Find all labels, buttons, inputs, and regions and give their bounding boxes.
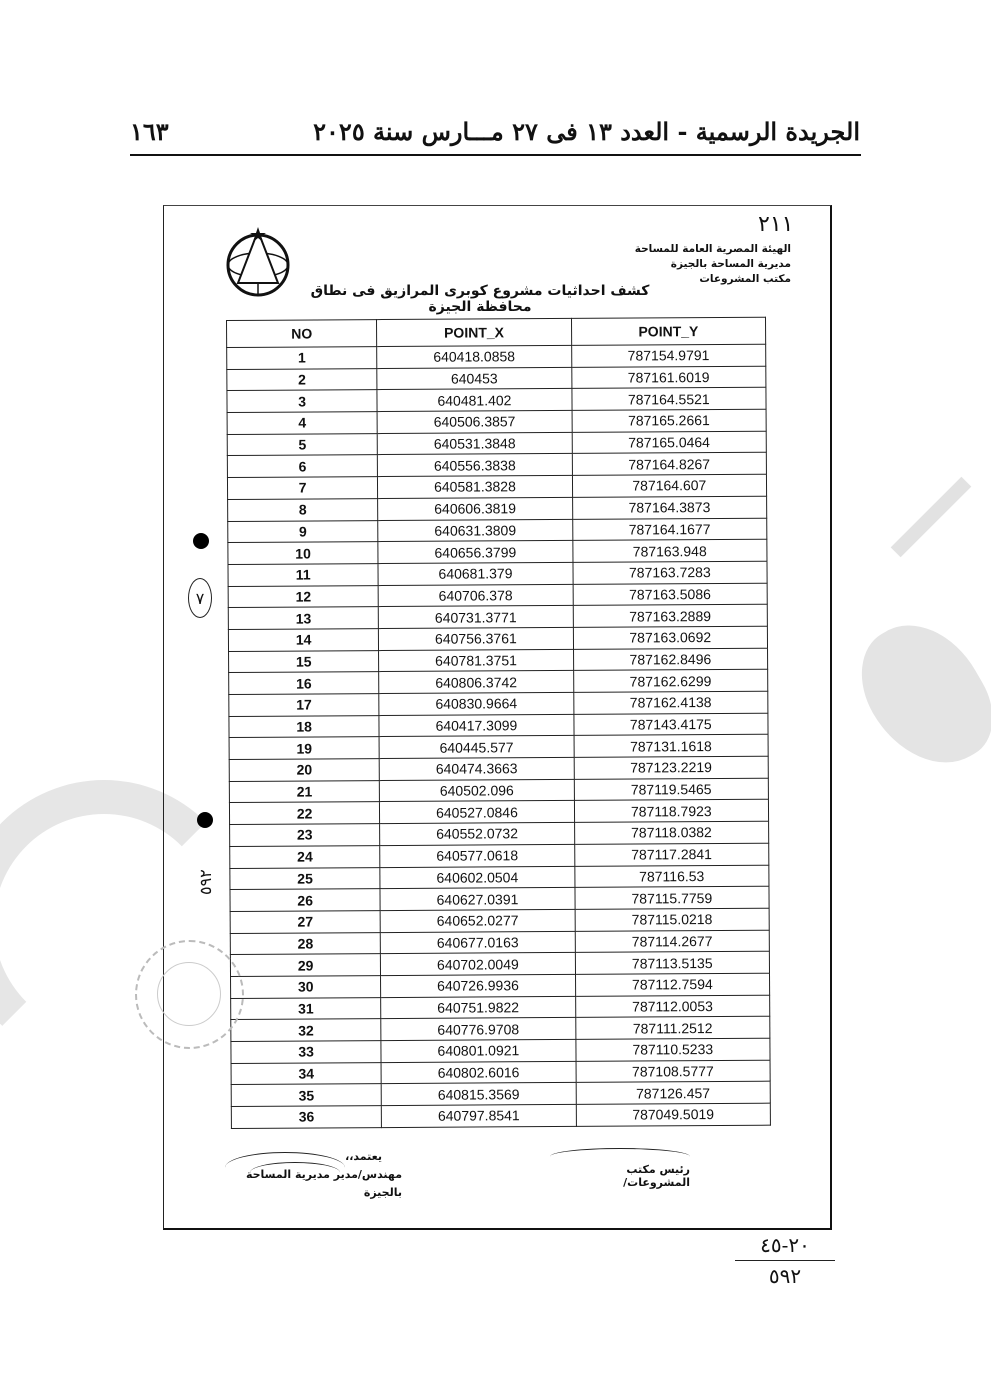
cell-no: 19: [229, 737, 379, 760]
cell-point-y: 787126.457: [576, 1082, 771, 1105]
cell-no: 16: [229, 672, 379, 695]
cell-no: 32: [231, 1019, 381, 1042]
cell-point-y: 787162.4138: [573, 691, 768, 714]
cell-no: 8: [228, 498, 378, 521]
cell-point-x: 640481.402: [377, 389, 571, 412]
cell-point-x: 640606.3819: [378, 497, 572, 520]
handwritten-page-ref: ٢١١: [758, 212, 793, 237]
cell-point-x: 640527.0846: [380, 801, 574, 824]
cell-point-y: 787049.5019: [576, 1103, 771, 1126]
director-title: مهندس/مدير مديرية المساحة بالجيزة: [222, 1166, 402, 1202]
organization-block: الهيئة المصرية العامة للمساحة مديرية الم…: [635, 242, 791, 287]
cell-point-y: 787123.2219: [574, 756, 769, 779]
cell-no: 17: [229, 694, 379, 717]
cell-point-x: 640627.0391: [380, 888, 574, 911]
table-header-row: NO POINT_X POINT_Y: [227, 317, 766, 347]
cell-no: 9: [228, 520, 378, 543]
punch-hole-dot: [193, 533, 209, 549]
right-signature-block: رئيس مكتب المشروعات/: [560, 1145, 690, 1189]
cell-point-x: 640706.378: [378, 584, 572, 607]
cell-point-x: 640474.3663: [379, 757, 573, 780]
cell-point-y: 787164.5521: [572, 388, 767, 411]
cell-point-y: 787110.5233: [576, 1038, 771, 1061]
table-body: 1640418.0858787154.97912640453787161.601…: [227, 344, 771, 1128]
cell-point-x: 640531.3848: [377, 432, 571, 455]
cell-no: 22: [229, 802, 379, 825]
cell-point-y: 787163.948: [572, 539, 767, 562]
header-divider: [130, 154, 861, 156]
cell-no: 18: [229, 715, 379, 738]
cell-no: 25: [230, 867, 380, 890]
cell-point-y: 787117.2841: [574, 843, 769, 866]
cell-no: 23: [230, 824, 380, 847]
cell-no: 34: [231, 1062, 381, 1085]
left-signature-block: يعتمد،، مهندس/مدير مديرية المساحة بالجيز…: [222, 1148, 402, 1202]
cell-point-x: 640751.9822: [381, 996, 575, 1019]
cell-point-y: 787118.0382: [574, 821, 769, 844]
cell-point-x: 640652.0277: [380, 909, 574, 932]
cell-point-y: 787164.8267: [572, 453, 767, 476]
gazette-page-number: ١٦٣: [130, 117, 169, 146]
fraction-line: [735, 1260, 835, 1261]
cell-point-y: 787115.0218: [575, 908, 770, 931]
cell-point-y: 787154.9791: [571, 344, 766, 367]
cell-no: 33: [231, 1041, 381, 1064]
approve-label: يعتمد،،: [222, 1148, 402, 1166]
cell-point-y: 787163.0692: [573, 626, 768, 649]
cell-point-x: 640502.096: [380, 779, 574, 802]
cell-point-y: 787119.5465: [574, 778, 769, 801]
cell-point-x: 640556.3838: [378, 454, 572, 477]
cell-point-y: 787163.2889: [573, 604, 768, 627]
cell-point-x: 640756.3761: [379, 627, 573, 650]
cell-no: 36: [231, 1106, 381, 1129]
cell-point-x: 640806.3742: [379, 671, 573, 694]
cell-point-x: 640776.9708: [381, 1018, 575, 1041]
cell-no: 14: [228, 629, 378, 652]
official-stamp: [135, 940, 244, 1049]
table-row: 36640797.8541787049.5019: [231, 1103, 770, 1128]
cell-point-y: 787118.7923: [574, 800, 769, 823]
cell-point-y: 787163.5086: [573, 583, 768, 606]
cell-point-x: 640631.3809: [378, 519, 572, 542]
header-point-x: POINT_X: [377, 318, 572, 346]
cell-point-y: 787112.0053: [575, 995, 770, 1018]
cell-point-x: 640781.3751: [379, 649, 573, 672]
cell-no: 5: [227, 433, 377, 456]
cell-no: 27: [230, 910, 380, 933]
cell-no: 6: [227, 455, 377, 478]
cell-no: 21: [229, 780, 379, 803]
header-no: NO: [227, 320, 377, 348]
cell-point-x: 640581.3828: [378, 476, 572, 499]
cell-point-y: 787162.8496: [573, 648, 768, 671]
handwritten-reference: ٢٠-٤٥ ٥٩٢: [735, 1232, 835, 1289]
cell-point-y: 787165.2661: [572, 409, 767, 432]
cell-no: 13: [228, 607, 378, 630]
cell-point-y: 787162.6299: [573, 670, 768, 693]
gazette-header: الجريدة الرسمية - العدد ١٣ فى ٢٧ مـــارس…: [130, 108, 860, 154]
cell-no: 11: [228, 563, 378, 586]
cell-no: 20: [229, 759, 379, 782]
cell-point-x: 640417.3099: [379, 714, 573, 737]
cell-point-x: 640702.0049: [381, 953, 575, 976]
cell-point-x: 640418.0858: [377, 345, 571, 368]
watermark-right: [861, 450, 991, 830]
cell-point-x: 640445.577: [379, 736, 573, 759]
cell-point-x: 640726.9936: [381, 974, 575, 997]
cell-point-y: 787108.5777: [576, 1060, 771, 1083]
cell-no: 31: [231, 997, 381, 1020]
cell-no: 2: [227, 368, 377, 391]
reference-bottom: ٥٩٢: [735, 1263, 835, 1289]
cell-no: 28: [230, 932, 380, 955]
circled-margin-note: ٧: [188, 578, 212, 618]
cell-point-y: 787143.4175: [574, 713, 769, 736]
cell-point-y: 787113.5135: [575, 951, 770, 974]
coordinates-table: NO POINT_X POINT_Y 1640418.0858787154.97…: [226, 317, 771, 1129]
cell-no: 26: [230, 889, 380, 912]
cell-no: 35: [231, 1084, 381, 1107]
cell-point-x: 640552.0732: [380, 823, 574, 846]
cell-point-y: 787131.1618: [574, 735, 769, 758]
cell-no: 10: [228, 542, 378, 565]
document-title: كشف احداثيات مشروع كوبرى المرازيق فى نطا…: [300, 283, 660, 315]
cell-point-x: 640797.8541: [382, 1104, 576, 1127]
cell-point-y: 787115.7759: [575, 886, 770, 909]
cell-point-y: 787116.53: [574, 865, 769, 888]
cell-no: 1: [227, 347, 377, 370]
projects-head-title: رئيس مكتب المشروعات/: [560, 1163, 690, 1189]
cell-no: 29: [230, 954, 380, 977]
cell-point-y: 787165.0464: [572, 431, 767, 454]
cell-point-y: 787111.2512: [575, 1017, 770, 1040]
survey-authority-logo-icon: [220, 225, 296, 301]
gazette-title: الجريدة الرسمية - العدد ١٣ فى ٢٧ مـــارس…: [313, 117, 860, 146]
cell-point-x: 640656.3799: [378, 541, 572, 564]
cell-point-x: 640677.0163: [381, 931, 575, 954]
cell-point-x: 640815.3569: [381, 1083, 575, 1106]
punch-hole-dot: [197, 812, 213, 828]
reference-top: ٢٠-٤٥: [735, 1232, 835, 1258]
cell-point-x: 640802.6016: [381, 1061, 575, 1084]
cell-no: 3: [227, 390, 377, 413]
cell-point-x: 640453: [377, 367, 571, 390]
cell-point-x: 640602.0504: [380, 866, 574, 889]
cell-no: 7: [227, 477, 377, 500]
cell-no: 4: [227, 412, 377, 435]
cell-no: 24: [230, 845, 380, 868]
cell-point-x: 640681.379: [378, 562, 572, 585]
cell-point-y: 787112.7594: [575, 973, 770, 996]
cell-point-y: 787164.3873: [572, 496, 767, 519]
side-number: ٥٩٢: [196, 869, 215, 895]
cell-point-y: 787114.2677: [575, 930, 770, 953]
org-line: مديرية المساحة بالجيزة: [635, 257, 791, 272]
cell-point-x: 640830.9664: [379, 692, 573, 715]
header-point-y: POINT_Y: [571, 317, 766, 345]
cell-no: 30: [231, 976, 381, 999]
cell-point-x: 640731.3771: [379, 606, 573, 629]
cell-point-x: 640577.0618: [380, 844, 574, 867]
cell-point-y: 787164.607: [572, 474, 767, 497]
cell-point-y: 787161.6019: [571, 366, 766, 389]
org-line: الهيئة المصرية العامة للمساحة: [635, 242, 791, 257]
cell-point-y: 787163.7283: [573, 561, 768, 584]
cell-no: 15: [229, 650, 379, 673]
cell-point-x: 640801.0921: [381, 1039, 575, 1062]
cell-point-x: 640506.3857: [377, 410, 571, 433]
cell-point-y: 787164.1677: [572, 518, 767, 541]
cell-no: 12: [228, 585, 378, 608]
